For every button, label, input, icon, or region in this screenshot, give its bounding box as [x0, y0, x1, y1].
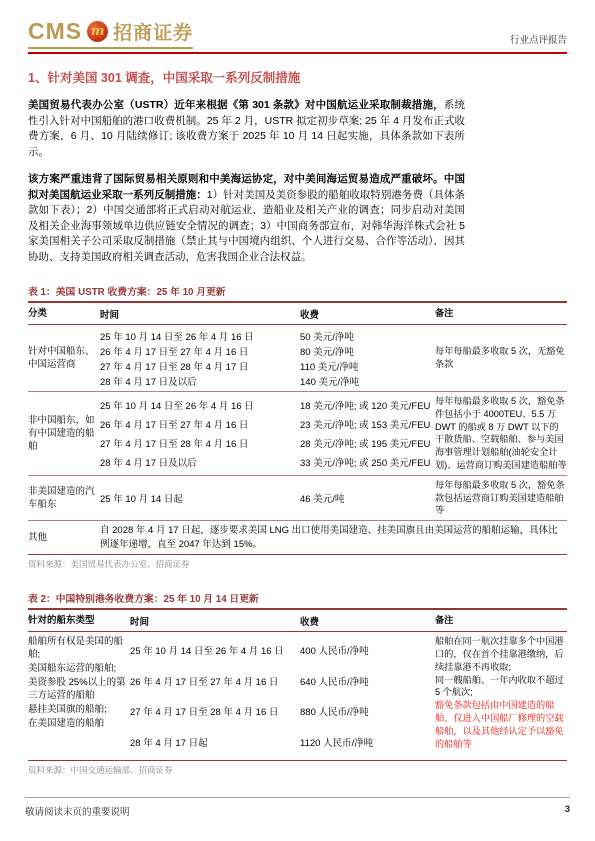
table2-block: 表 2：中国特别港务收费方案：25 年 10 月 14 日更新 针对的船东类型时… [28, 591, 567, 776]
fee-cell: 1120 人民币/净吨 [300, 735, 435, 749]
fee-cell: 640 人民币/净吨 [300, 674, 435, 688]
column-header: 针对的船东类型 [28, 614, 130, 628]
column-header: 时间 [100, 307, 300, 321]
column-header: 备注 [435, 307, 567, 321]
column-header: 备注 [435, 614, 567, 628]
time-cell: 26 年 4 月 17 日至 27 年 4 月 16 日 [100, 344, 300, 358]
table1-header-row: 分类时间收费备注 [28, 303, 567, 325]
table-row: 25 年 10 月 14 日至 26 年 4 月 16 日50 美元/净吨 [100, 328, 435, 343]
fee-cell: 80 美元/净吨 [300, 344, 435, 358]
table-row: 25 年 10 月 14 日起46 美元/吨 [100, 490, 435, 505]
paragraph: 美国贸易代表办公室（USTR）近年来根据《第 301 条款》对中国航运业采取制裁… [28, 98, 465, 160]
body-paragraphs: 美国贸易代表办公室（USTR）近年来根据《第 301 条款》对中国航运业采取制裁… [28, 98, 465, 265]
company-name: 招商证券 [113, 18, 193, 45]
category-line: 美资参股 25%以上的第三方运营的船舶 [28, 676, 126, 702]
table-row: 27 年 4 月 17 日至 28 年 4 月 16 日28 美元/净吨; 或 … [100, 435, 435, 450]
table2-header-row: 针对的船东类型时间收费备注 [28, 610, 567, 632]
cms-logo-text: CMS [28, 18, 82, 45]
fee-cell: 400 人民币/净吨 [300, 643, 435, 657]
report-header: CMS m 招商证券 行业点评报告 [28, 18, 567, 49]
category-cell: 针对中国船东、中国运营商 [28, 345, 100, 371]
note-red-text: 豁免条款包括由中国建造的船舶、仅进入中国船厂修理的空载船舶，以及其他经认定予以豁… [435, 699, 567, 750]
table-row: 26 年 4 月 17 日至 27 年 4 月 16 日640 人民币/净吨 [130, 673, 435, 688]
table2-title: 表 2：中国特别港务收费方案：25 年 10 月 14 日更新 [28, 591, 567, 610]
time-cell: 25 年 10 月 14 日至 26 年 4 月 16 日 [130, 643, 300, 657]
time-fee-column: 25 年 10 月 14 日至 26 年 4 月 16 日400 人民币/净吨2… [130, 635, 435, 757]
table-row: 28 年 4 月 17 日起1120 人民币/净吨 [130, 734, 435, 749]
header-rule [28, 52, 567, 54]
table-group-row: 针对中国船东、中国运营商25 年 10 月 14 日至 26 年 4 月 16 … [28, 325, 567, 391]
column-header: 时间 [130, 614, 300, 628]
report-page: CMS m 招商证券 行业点评报告 1、针对美国 301 调查，中国采取一系列反… [0, 0, 595, 841]
note-cell: 每年每船最多收取 5 次，豁免条款包括运营商订购美国建造船舶等 [435, 479, 567, 517]
note-line: 同一艘船舶、一年内收取不超过 5 个航次; [435, 674, 567, 700]
category-cell: 非中国船东，如有中国建造的船舶 [28, 414, 100, 453]
fee-cell: 46 美元/吨 [300, 491, 435, 505]
fee-cell: 880 人民币/净吨 [300, 704, 435, 718]
section-title: 1、针对美国 301 调查，中国采取一系列反制措施 [28, 68, 567, 86]
note-cell: 船舶在同一航次挂靠多个中国港口的，仅在首个挂靠港缴纳，后续挂靠港不再收取;同一艘… [435, 635, 567, 757]
category-line: 悬挂美国旗的船舶; [28, 703, 126, 716]
fee-cell: 28 美元/净吨; 或 195 美元/FEU [300, 436, 435, 450]
cms-badge-glyph: m [91, 24, 105, 39]
table-row: 26 年 4 月 17 日至 27 年 4 月 16 日80 美元/净吨 [100, 343, 435, 358]
report-type-label: 行业点评报告 [510, 32, 567, 49]
page-number: 3 [565, 804, 570, 818]
category-line: 船舶所有权是美国的船舶; [28, 635, 126, 661]
table1-title: 表 1：美国 USTR 收费方案：25 年 10 月更新 [28, 284, 567, 303]
fee-cell: 33 美元/净吨; 或 250 美元/FEU [300, 455, 435, 469]
category-line: 美国船东运营的船舶; [28, 662, 126, 675]
time-cell: 25 年 10 月 14 日起 [100, 491, 300, 505]
column-header: 收费 [300, 614, 435, 628]
time-cell: 25 年 10 月 14 日至 26 年 4 月 16 日 [100, 329, 300, 343]
column-header: 收费 [300, 307, 435, 321]
fee-cell: 140 美元/净吨 [300, 374, 435, 388]
table-row: 25 年 10 月 14 日至 26 年 4 月 16 日18 美元/净吨; 或… [100, 397, 435, 412]
note-line: 船舶在同一航次挂靠多个中国港口的，仅在首个挂靠港缴纳，后续挂靠港不再收取; [435, 635, 567, 673]
fee-cell: 50 美元/净吨 [300, 329, 435, 343]
table-group-row: 非中国船东，如有中国建造的船舶25 年 10 月 14 日至 26 年 4 月 … [28, 391, 567, 475]
table-row: 27 年 4 月 17 日至 28 年 4 月 17 日110 美元/净吨 [100, 358, 435, 373]
cms-logo: CMS m 招商证券 [28, 18, 193, 49]
time-fee-column: 25 年 10 月 14 日至 26 年 4 月 16 日50 美元/净吨26 … [100, 328, 435, 388]
time-cell: 28 年 4 月 17 日及以后 [100, 374, 300, 388]
time-cell: 27 年 4 月 17 日至 28 年 4 月 16 日 [100, 436, 300, 450]
table2-body: 船舶所有权是美国的船舶;美国船东运营的船舶;美资参股 25%以上的第三方运营的船… [28, 632, 567, 761]
category-cell: 其他 [28, 531, 100, 544]
table-row: 28 年 4 月 17 日及以后33 美元/净吨; 或 250 美元/FEU [100, 455, 435, 470]
fee-cell: 110 美元/净吨 [300, 359, 435, 373]
time-fee-column: 25 年 10 月 14 日起46 美元/吨 [100, 479, 435, 517]
fee-cell: 18 美元/净吨; 或 120 美元/FEU [300, 398, 435, 412]
time-cell: 26 年 4 月 17 日至 27 年 4 月 16 日 [130, 674, 300, 688]
table-group-row: 船舶所有权是美国的船舶;美国船东运营的船舶;美资参股 25%以上的第三方运营的船… [28, 632, 567, 760]
paragraph-bold-lead: 美国贸易代表办公室（USTR）近年来根据《第 301 条款》对中国航运业采取制裁… [28, 99, 444, 111]
cms-badge-icon: m [87, 21, 108, 42]
category-cell: 非美国建造的汽车船东 [28, 485, 100, 511]
table1-source: 资料来源：美国贸易代表办公室、招商证券 [28, 555, 567, 570]
note-cell: 每年每船最多收取 5 次，豁免条件包括小于 4000TEU、5.5 万 DWT … [435, 395, 567, 472]
table-row: 25 年 10 月 14 日至 26 年 4 月 16 日400 人民币/净吨 [130, 643, 435, 658]
category-line: 在美国建造的船舶 [28, 717, 126, 730]
time-fee-column: 25 年 10 月 14 日至 26 年 4 月 16 日18 美元/净吨; 或… [100, 395, 435, 472]
table1-body: 针对中国船东、中国运营商25 年 10 月 14 日至 26 年 4 月 16 … [28, 325, 567, 555]
table-group-row: 非美国建造的汽车船东25 年 10 月 14 日起46 美元/吨每年每船最多收取… [28, 475, 567, 520]
note-cell: 每年每船最多收取 5 次，无豁免条款 [435, 345, 567, 371]
time-cell: 25 年 10 月 14 日至 26 年 4 月 16 日 [100, 398, 300, 412]
time-cell: 28 年 4 月 17 日及以后 [100, 455, 300, 469]
table1-block: 表 1：美国 USTR 收费方案：25 年 10 月更新 分类时间收费备注 针对… [28, 284, 567, 570]
fee-cell: 23 美元/净吨; 或 153 美元/FEU [300, 417, 435, 431]
page-footer: 敬请阅读末页的重要说明 3 [25, 797, 570, 818]
other-text-cell: 自 2028 年 4 月 17 日起，逐步要求美国 LNG 出口使用美国建造、挂… [100, 524, 567, 551]
table-row: 27 年 4 月 17 日至 28 年 4 月 16 日880 人民币/净吨 [130, 704, 435, 719]
time-cell: 27 年 4 月 17 日至 28 年 4 月 17 日 [100, 359, 300, 373]
footer-disclaimer: 敬请阅读末页的重要说明 [25, 804, 130, 818]
time-cell: 26 年 4 月 17 日至 27 年 4 月 16 日 [100, 417, 300, 431]
table2-source: 资料来源：中国交通运输部、招商证券 [28, 761, 567, 776]
paragraph: 该方案严重违背了国际贸易相关原则和中美海运协定，对中美间海运贸易造成严重破坏。中… [28, 172, 465, 265]
table-row: 28 年 4 月 17 日及以后140 美元/净吨 [100, 373, 435, 388]
table-other-row: 其他自 2028 年 4 月 17 日起，逐步要求美国 LNG 出口使用美国建造… [28, 520, 567, 554]
time-cell: 28 年 4 月 17 日起 [130, 735, 300, 749]
category-cell: 船舶所有权是美国的船舶;美国船东运营的船舶;美资参股 25%以上的第三方运营的船… [28, 635, 130, 757]
table-row: 26 年 4 月 17 日至 27 年 4 月 16 日23 美元/净吨; 或 … [100, 416, 435, 431]
column-header: 分类 [28, 307, 100, 321]
time-cell: 27 年 4 月 17 日至 28 年 4 月 16 日 [130, 704, 300, 718]
